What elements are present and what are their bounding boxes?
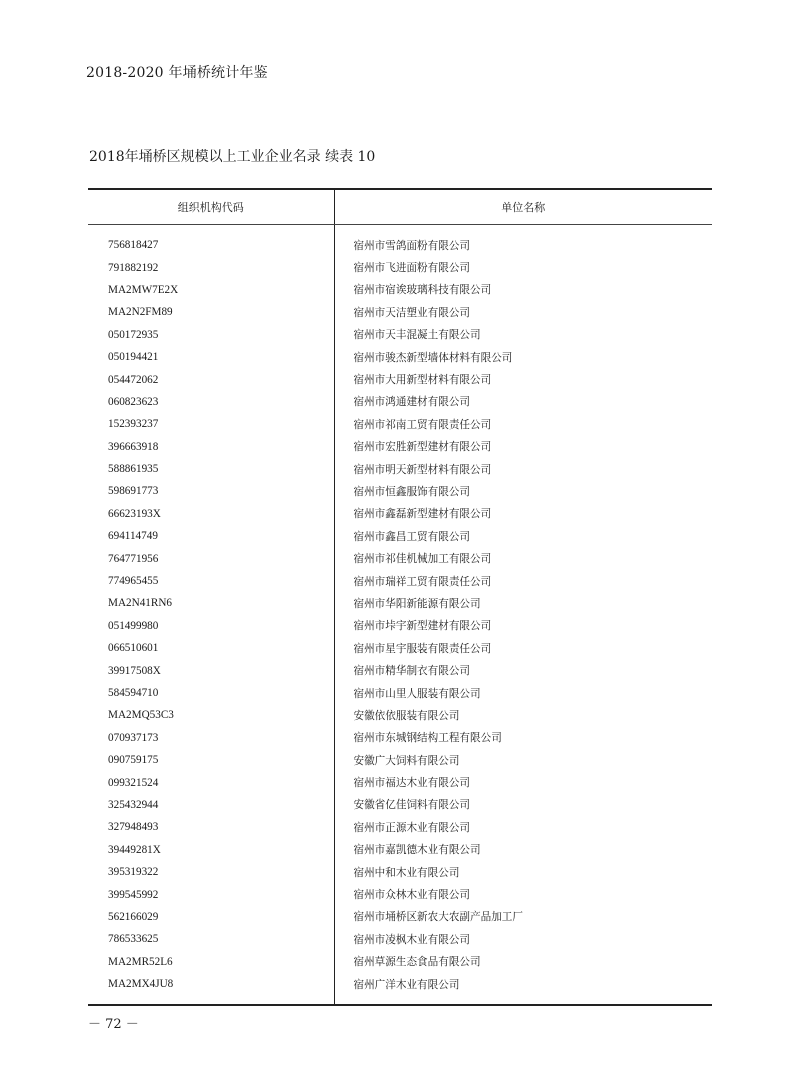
org-code-cell: 099321524	[88, 771, 334, 793]
table-row: 060823623宿州市鸿通建材有限公司	[88, 391, 712, 413]
table-row: 39917508X宿州市精华制衣有限公司	[88, 659, 712, 681]
table-row: 066510601宿州市星宇服装有限责任公司	[88, 637, 712, 659]
table-row: 399545992宿州市众林木业有限公司	[88, 883, 712, 905]
org-code-cell: 598691773	[88, 480, 334, 502]
unit-name-cell: 宿州市骏杰新型墙体材料有限公司	[334, 346, 712, 368]
org-code-cell: 395319322	[88, 861, 334, 883]
table-row: 070937173宿州市东城钢结构工程有限公司	[88, 727, 712, 749]
unit-name-cell: 宿州市大用新型材料有限公司	[334, 368, 712, 390]
table-row: 39449281X宿州市嘉凯德木业有限公司	[88, 839, 712, 861]
unit-name-cell: 宿州市明天新型材料有限公司	[334, 458, 712, 480]
table-row: 396663918宿州市宏胜新型建材有限公司	[88, 436, 712, 458]
org-code-cell: MA2N2FM89	[88, 301, 334, 323]
table-row: 562166029宿州市埇桥区新农大农副产品加工厂	[88, 906, 712, 928]
org-code-cell: 791882192	[88, 256, 334, 278]
org-code-cell: 756818427	[88, 225, 334, 257]
org-code-cell: 66623193X	[88, 503, 334, 525]
org-code-cell: 050172935	[88, 324, 334, 346]
unit-name-cell: 宿州市星宇服装有限责任公司	[334, 637, 712, 659]
table-row: 584594710宿州市山里人服装有限公司	[88, 682, 712, 704]
table-body: 756818427宿州市雪鸽面粉有限公司791882192宿州市飞进面粉有限公司…	[88, 225, 712, 1006]
table-row: 050194421宿州市骏杰新型墙体材料有限公司	[88, 346, 712, 368]
table-row: 054472062宿州市大用新型材料有限公司	[88, 368, 712, 390]
unit-name-cell: 安徽省亿佳饲料有限公司	[334, 794, 712, 816]
unit-name-cell: 宿州市鑫昌工贸有限公司	[334, 525, 712, 547]
org-code-cell: 327948493	[88, 816, 334, 838]
table-row: MA2MX4JU8宿州广洋木业有限公司	[88, 973, 712, 1005]
org-code-cell: MA2MX4JU8	[88, 973, 334, 1005]
table-row: 756818427宿州市雪鸽面粉有限公司	[88, 225, 712, 257]
org-code-cell: 39449281X	[88, 839, 334, 861]
unit-name-cell: 宿州市祁南工贸有限责任公司	[334, 413, 712, 435]
table-row: 050172935宿州市天丰混凝土有限公司	[88, 324, 712, 346]
org-code-cell: MA2MW7E2X	[88, 279, 334, 301]
unit-name-cell: 宿州市飞进面粉有限公司	[334, 256, 712, 278]
table-row: 090759175安徽广大饲料有限公司	[88, 749, 712, 771]
unit-name-cell: 宿州中和木业有限公司	[334, 861, 712, 883]
org-code-cell: MA2MQ53C3	[88, 704, 334, 726]
unit-name-cell: 宿州市鑫磊新型建材有限公司	[334, 503, 712, 525]
org-code-cell: MA2N41RN6	[88, 592, 334, 614]
table-title: 2018年埇桥区规模以上工业企业名录 续表 10	[89, 146, 375, 166]
org-code-cell: 774965455	[88, 570, 334, 592]
table-row: 786533625宿州市凌枫木业有限公司	[88, 928, 712, 950]
org-code-cell: 050194421	[88, 346, 334, 368]
table-row: 66623193X宿州市鑫磊新型建材有限公司	[88, 503, 712, 525]
table-row: MA2MW7E2X宿州市宿诶玻璃科技有限公司	[88, 279, 712, 301]
table-row: 099321524宿州市福达木业有限公司	[88, 771, 712, 793]
table-row: 325432944安徽省亿佳饲料有限公司	[88, 794, 712, 816]
unit-name-cell: 宿州市嘉凯德木业有限公司	[334, 839, 712, 861]
column-header-unit-name: 单位名称	[334, 189, 712, 225]
unit-name-cell: 宿州市福达木业有限公司	[334, 771, 712, 793]
table-row: 791882192宿州市飞进面粉有限公司	[88, 256, 712, 278]
enterprise-table: 组织机构代码 单位名称 756818427宿州市雪鸽面粉有限公司79188219…	[88, 188, 712, 1006]
table-row: MA2MQ53C3安徽依依服装有限公司	[88, 704, 712, 726]
table-row: 588861935宿州市明天新型材料有限公司	[88, 458, 712, 480]
running-head: 2018-2020 年埇桥统计年鉴	[86, 62, 268, 82]
org-code-cell: 39917508X	[88, 659, 334, 681]
org-code-cell: 051499980	[88, 615, 334, 637]
org-code-cell: 786533625	[88, 928, 334, 950]
unit-name-cell: 安徽依依服装有限公司	[334, 704, 712, 726]
org-code-cell: 399545992	[88, 883, 334, 905]
unit-name-cell: 宿州市恒鑫服饰有限公司	[334, 480, 712, 502]
unit-name-cell: 宿州市天丰混凝土有限公司	[334, 324, 712, 346]
unit-name-cell: 宿州市天洁塑业有限公司	[334, 301, 712, 323]
org-code-cell: 066510601	[88, 637, 334, 659]
table-row: MA2N41RN6宿州市华阳新能源有限公司	[88, 592, 712, 614]
table-row: MA2N2FM89宿州市天洁塑业有限公司	[88, 301, 712, 323]
org-code-cell: 070937173	[88, 727, 334, 749]
unit-name-cell: 宿州市正源木业有限公司	[334, 816, 712, 838]
org-code-cell: 325432944	[88, 794, 334, 816]
org-code-cell: 396663918	[88, 436, 334, 458]
column-header-org-code: 组织机构代码	[88, 189, 334, 225]
table-row: MA2MR52L6宿州草源生态食品有限公司	[88, 951, 712, 973]
org-code-cell: 764771956	[88, 547, 334, 569]
table-row: 395319322宿州中和木业有限公司	[88, 861, 712, 883]
table-row: 774965455宿州市瑞祥工贸有限责任公司	[88, 570, 712, 592]
org-code-cell: 588861935	[88, 458, 334, 480]
unit-name-cell: 宿州市鸿通建材有限公司	[334, 391, 712, 413]
unit-name-cell: 宿州市雪鸽面粉有限公司	[334, 225, 712, 257]
table-header-row: 组织机构代码 单位名称	[88, 189, 712, 225]
org-code-cell: 584594710	[88, 682, 334, 704]
org-code-cell: 054472062	[88, 368, 334, 390]
unit-name-cell: 宿州市众林木业有限公司	[334, 883, 712, 905]
unit-name-cell: 宿州市埇桥区新农大农副产品加工厂	[334, 906, 712, 928]
table-row: 327948493宿州市正源木业有限公司	[88, 816, 712, 838]
org-code-cell: MA2MR52L6	[88, 951, 334, 973]
unit-name-cell: 宿州市祁佳机械加工有限公司	[334, 547, 712, 569]
org-code-cell: 090759175	[88, 749, 334, 771]
unit-name-cell: 宿州市华阳新能源有限公司	[334, 592, 712, 614]
unit-name-cell: 宿州广洋木业有限公司	[334, 973, 712, 1005]
table-row: 051499980宿州市垰宇新型建材有限公司	[88, 615, 712, 637]
table-row: 598691773宿州市恒鑫服饰有限公司	[88, 480, 712, 502]
table-row: 694114749宿州市鑫昌工贸有限公司	[88, 525, 712, 547]
table-row: 764771956宿州市祁佳机械加工有限公司	[88, 547, 712, 569]
org-code-cell: 694114749	[88, 525, 334, 547]
unit-name-cell: 宿州市凌枫木业有限公司	[334, 928, 712, 950]
unit-name-cell: 宿州市精华制衣有限公司	[334, 659, 712, 681]
enterprise-table-container: 组织机构代码 单位名称 756818427宿州市雪鸽面粉有限公司79188219…	[88, 188, 712, 1006]
unit-name-cell: 宿州市宿诶玻璃科技有限公司	[334, 279, 712, 301]
page-number: － 72 －	[88, 1013, 139, 1032]
unit-name-cell: 宿州市东城钢结构工程有限公司	[334, 727, 712, 749]
org-code-cell: 152393237	[88, 413, 334, 435]
table-row: 152393237宿州市祁南工贸有限责任公司	[88, 413, 712, 435]
unit-name-cell: 宿州草源生态食品有限公司	[334, 951, 712, 973]
unit-name-cell: 安徽广大饲料有限公司	[334, 749, 712, 771]
org-code-cell: 562166029	[88, 906, 334, 928]
unit-name-cell: 宿州市瑞祥工贸有限责任公司	[334, 570, 712, 592]
unit-name-cell: 宿州市山里人服装有限公司	[334, 682, 712, 704]
unit-name-cell: 宿州市宏胜新型建材有限公司	[334, 436, 712, 458]
org-code-cell: 060823623	[88, 391, 334, 413]
unit-name-cell: 宿州市垰宇新型建材有限公司	[334, 615, 712, 637]
